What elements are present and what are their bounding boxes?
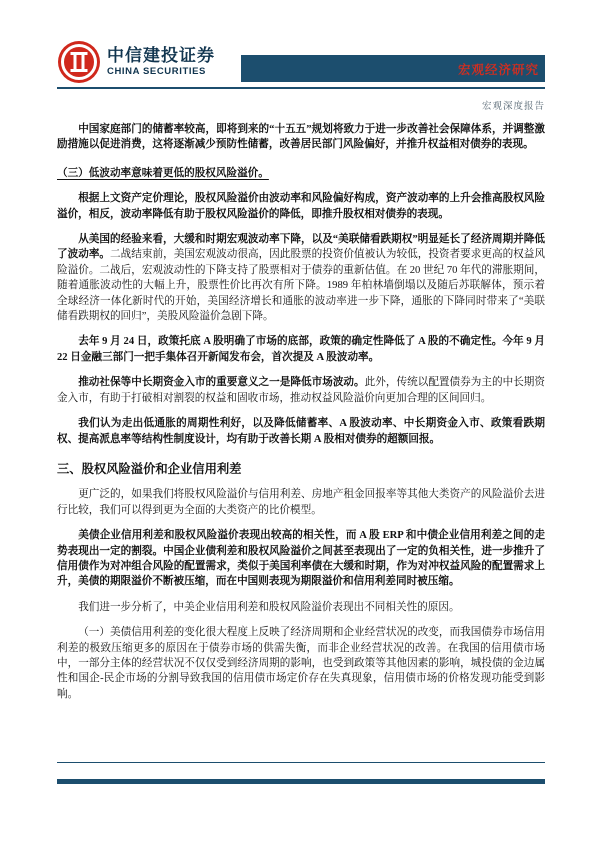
paragraph: 我们认为走出低通胀的周期性利好，以及降低储蓄率、A 股波动率、中长期资金入市、政… [57, 416, 545, 447]
report-page: 中信建投证券 CHINA SECURITIES 宏观经济研究 宏观深度报告 中国… [0, 0, 595, 842]
paragraph: （一）美债信用利差的变化很大程度上反映了经济周期和企业经营状况的改变，而我国债券… [57, 625, 545, 702]
header-banner: 宏观经济研究 [241, 55, 545, 82]
logo-text: 中信建投证券 CHINA SECURITIES [107, 47, 215, 77]
logo-name-cn: 中信建投证券 [107, 47, 215, 65]
logo-name-en: CHINA SECURITIES [107, 67, 215, 77]
paragraph: 中国家庭部门的储蓄率较高，即将到来的“十五五”规划将致力于进一步改善社会保障体系… [57, 122, 545, 153]
sub-heading: （三）低波动率意味着更低的股权风险溢价。 [57, 166, 545, 181]
paragraph: 去年 9 月 24 日，政策托底 A 股明确了市场的底部，政策的确定性降低了 A… [57, 334, 545, 365]
header-divider [57, 87, 545, 89]
banner-title: 宏观经济研究 [458, 60, 539, 78]
paragraph: 根据上文资产定价理论，股权风险溢价由波动率和风险偏好构成，资产波动率的上升会推高… [57, 191, 545, 222]
paragraph: 从美国的经验来看，大缓和时期宏观波动率下降，以及“美联储看跌期权”明显延长了经济… [57, 232, 545, 324]
company-logo: 中信建投证券 CHINA SECURITIES [57, 40, 215, 84]
page-header: 中信建投证券 CHINA SECURITIES 宏观经济研究 [57, 40, 545, 84]
document-body: 中国家庭部门的储蓄率较高，即将到来的“十五五”规划将致力于进一步改善社会保障体系… [57, 122, 545, 702]
report-type-label: 宏观深度报告 [57, 98, 545, 112]
paragraph: 我们进一步分析了，中美企业信用利差和股权风险溢价表现出不同相关性的原因。 [57, 600, 545, 615]
paragraph: 美债企业信用利差和股权风险溢价表现出较高的相关性，而 A 股 ERP 和中债企业… [57, 528, 545, 590]
section-heading: 三、股权风险溢价和企业信用利差 [57, 462, 545, 477]
paragraph: 更广泛的，如果我们将股权风险溢价与信用利差、房地产租金回报率等其他大类资产的风险… [57, 487, 545, 518]
footer-thin-rule [57, 762, 545, 763]
csc-logo-icon [57, 40, 101, 84]
footer-thick-rule [57, 779, 545, 784]
paragraph: 推动社保等中长期资金入市的重要意义之一是降低市场波动。此外，传统以配置债券为主的… [57, 375, 545, 406]
